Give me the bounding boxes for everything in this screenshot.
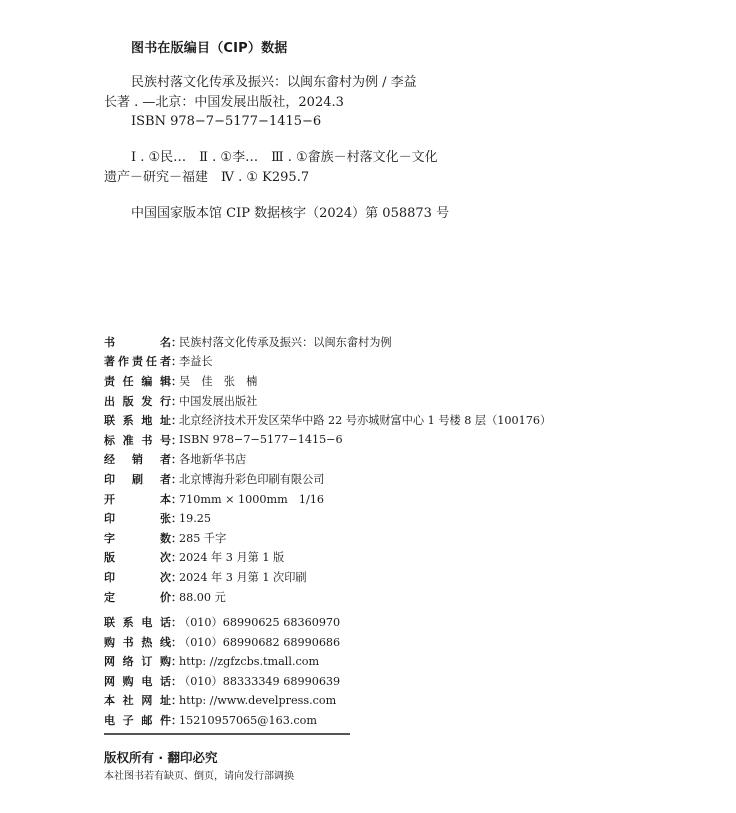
cip-line-4: Ⅰ . ①民… Ⅱ . ①李… Ⅲ . ①畲族－村落文化－文化 xyxy=(131,149,438,167)
label-char: 著 xyxy=(104,353,115,369)
contacts-row: 网购电话：（010）88333349 68990639 xyxy=(104,671,551,691)
details-row: 责任编辑：吴 佳 张 楠 xyxy=(104,371,551,391)
details-label: 书名 xyxy=(104,334,171,350)
label-char: 订 xyxy=(141,653,152,669)
divider-rule xyxy=(104,733,350,735)
label-char: 印 xyxy=(104,510,115,526)
colon: ： xyxy=(171,412,179,428)
cip-line-1: 民族村落文化传承及振兴：以闽东畲村为例 / 李益 xyxy=(131,74,417,92)
colon: ： xyxy=(171,569,179,585)
contacts-value: （010）68990625 68360970 xyxy=(179,614,340,630)
label-char: 准 xyxy=(123,432,134,448)
label-char: 版 xyxy=(123,393,134,409)
details-row: 著作责任者：李益长 xyxy=(104,352,551,372)
details-value: 吴 佳 张 楠 xyxy=(179,373,257,389)
cip-title: 图书在版编目（CIP）数据 xyxy=(131,37,288,56)
contacts-value: （010）68990682 68990686 xyxy=(179,634,340,650)
label-char: 网 xyxy=(104,653,115,669)
label-char: 件 xyxy=(160,712,171,728)
label-char: 版 xyxy=(104,549,115,565)
label-char: 者 xyxy=(160,353,171,369)
contacts-label: 购书热线 xyxy=(104,634,171,650)
colon: ： xyxy=(171,653,179,669)
label-char: 书 xyxy=(141,432,152,448)
colon: ： xyxy=(171,692,179,708)
details-value: 88.00 元 xyxy=(179,589,226,605)
label-char: 印 xyxy=(104,569,115,585)
label-char: 标 xyxy=(104,432,115,448)
label-char: 联 xyxy=(104,614,115,630)
details-row: 标准书号：ISBN 978−7−5177−1415−6 xyxy=(104,430,551,450)
contacts-row: 联系电话：（010）68990625 68360970 xyxy=(104,612,551,632)
details-value: 285 千字 xyxy=(179,530,226,546)
label-char: 者 xyxy=(160,451,171,467)
details-label: 经销者 xyxy=(104,451,171,467)
label-char: 系 xyxy=(123,614,134,630)
label-char: 印 xyxy=(104,471,115,487)
details-label: 标准书号 xyxy=(104,432,171,448)
details-row: 版次：2024 年 3 月第 1 版 xyxy=(104,548,551,568)
colon: ： xyxy=(171,673,179,689)
details-label: 著作责任者 xyxy=(104,353,171,369)
details-value: 北京经济技术开发区荣华中路 22 号亦城财富中心 1 号楼 8 层（100176… xyxy=(179,412,551,428)
contacts-row: 购书热线：（010）68990682 68990686 xyxy=(104,632,551,652)
colon: ： xyxy=(171,432,179,448)
label-char: 次 xyxy=(160,569,171,585)
details-row: 开本：710mm × 1000mm 1/16 xyxy=(104,489,551,509)
cip-line-2: 长著 . —北京：中国发展出版社，2024.3 xyxy=(104,94,344,112)
label-char: 网 xyxy=(141,692,152,708)
colon: ： xyxy=(171,451,179,467)
contacts-label: 网购电话 xyxy=(104,673,171,689)
label-char: 联 xyxy=(104,412,115,428)
label-char: 系 xyxy=(123,412,134,428)
label-char: 书 xyxy=(104,334,115,350)
label-char: 本 xyxy=(104,692,115,708)
details-value: 中国发展出版社 xyxy=(179,393,257,409)
contacts-label: 电子邮件 xyxy=(104,712,171,728)
label-char: 行 xyxy=(160,393,171,409)
details-label: 联系地址 xyxy=(104,412,171,428)
label-char: 责 xyxy=(104,373,115,389)
cip-line-5: 遗产－研究－福建 Ⅳ . ① K295.7 xyxy=(104,169,309,187)
label-char: 电 xyxy=(141,673,152,689)
details-row: 字数：285 千字 xyxy=(104,528,551,548)
details-value: 李益长 xyxy=(179,353,213,369)
details-value: 2024 年 3 月第 1 次印刷 xyxy=(179,569,307,585)
details-value: 北京博海升彩色印刷有限公司 xyxy=(179,471,324,487)
label-char: 址 xyxy=(160,692,171,708)
colon: ： xyxy=(171,471,179,487)
label-char: 销 xyxy=(132,451,143,467)
label-char: 线 xyxy=(160,634,171,650)
label-char: 出 xyxy=(104,393,115,409)
label-char: 价 xyxy=(160,589,171,605)
details-row: 印刷者：北京博海升彩色印刷有限公司 xyxy=(104,469,551,489)
colon: ： xyxy=(171,634,179,650)
label-char: 地 xyxy=(141,412,152,428)
details-row: 书名：民族村落文化传承及振兴：以闽东畲村为例 xyxy=(104,332,551,352)
details-row: 定价：88.00 元 xyxy=(104,587,551,607)
label-char: 发 xyxy=(141,393,152,409)
details-row: 印张：19.25 xyxy=(104,508,551,528)
contacts-label: 联系电话 xyxy=(104,614,171,630)
details-row: 联系地址：北京经济技术开发区荣华中路 22 号亦城财富中心 1 号楼 8 层（1… xyxy=(104,410,551,430)
colon: ： xyxy=(171,353,179,369)
details-label: 开本 xyxy=(104,491,171,507)
details-label: 责任编辑 xyxy=(104,373,171,389)
label-char: 开 xyxy=(104,491,115,507)
label-char: 话 xyxy=(160,614,171,630)
contacts-value: http: //www.develpress.com xyxy=(179,694,336,707)
contacts-value: 15210957065@163.com xyxy=(179,714,317,727)
label-char: 辑 xyxy=(160,373,171,389)
label-char: 编 xyxy=(141,373,152,389)
colon: ： xyxy=(171,589,179,605)
label-char: 作 xyxy=(118,353,129,369)
contacts-row: 本社网址：http: //www.develpress.com xyxy=(104,691,551,711)
details-value: 2024 年 3 月第 1 版 xyxy=(179,549,284,565)
label-char: 本 xyxy=(160,491,171,507)
label-char: 社 xyxy=(123,692,134,708)
copyright-notice: 版权所有 · 翻印必究 xyxy=(104,748,217,766)
details-label: 印刷者 xyxy=(104,471,171,487)
label-char: 张 xyxy=(160,510,171,526)
details-label: 印次 xyxy=(104,569,171,585)
defect-notice: 本社图书若有缺页、倒页，请向发行部调换 xyxy=(104,767,294,782)
colon: ： xyxy=(171,334,179,350)
details-label: 出版发行 xyxy=(104,393,171,409)
label-char: 任 xyxy=(123,373,134,389)
label-char: 名 xyxy=(160,334,171,350)
contacts-label: 本社网址 xyxy=(104,692,171,708)
label-char: 购 xyxy=(123,673,134,689)
colon: ： xyxy=(171,712,179,728)
colon: ： xyxy=(171,373,179,389)
label-char: 热 xyxy=(141,634,152,650)
details-row: 印次：2024 年 3 月第 1 次印刷 xyxy=(104,567,551,587)
details-value: 19.25 xyxy=(179,512,211,525)
label-char: 任 xyxy=(146,353,157,369)
cip-line-3: ISBN 978−7−5177−1415−6 xyxy=(131,113,321,131)
colon: ： xyxy=(171,510,179,526)
contacts-row: 电子邮件：15210957065@163.com xyxy=(104,710,551,730)
details-label: 定价 xyxy=(104,589,171,605)
details-label: 印张 xyxy=(104,510,171,526)
colon: ： xyxy=(171,393,179,409)
details-value: 各地新华书店 xyxy=(179,451,246,467)
label-char: 者 xyxy=(160,471,171,487)
colon: ： xyxy=(171,549,179,565)
label-char: 号 xyxy=(160,432,171,448)
publication-details: 书名：民族村落文化传承及振兴：以闽东畲村为例著作责任者：李益长责任编辑：吴 佳 … xyxy=(104,332,551,730)
label-char: 责 xyxy=(132,353,143,369)
label-char: 字 xyxy=(104,530,115,546)
label-char: 经 xyxy=(104,451,115,467)
label-char: 络 xyxy=(123,653,134,669)
label-char: 子 xyxy=(123,712,134,728)
contacts-value: （010）88333349 68990639 xyxy=(179,673,340,689)
label-char: 电 xyxy=(141,614,152,630)
cip-line-6: 中国国家版本馆 CIP 数据核字（2024）第 058873 号 xyxy=(131,205,449,223)
label-char: 址 xyxy=(160,412,171,428)
label-char: 电 xyxy=(104,712,115,728)
label-char: 购 xyxy=(160,653,171,669)
details-row: 经销者：各地新华书店 xyxy=(104,450,551,470)
colon: ： xyxy=(171,530,179,546)
label-char: 购 xyxy=(104,634,115,650)
details-label: 字数 xyxy=(104,530,171,546)
colon: ： xyxy=(171,491,179,507)
label-char: 刷 xyxy=(132,471,143,487)
details-row: 出版发行：中国发展出版社 xyxy=(104,391,551,411)
details-value: 710mm × 1000mm 1/16 xyxy=(179,491,324,507)
contacts-value: http: //zgfzcbs.tmall.com xyxy=(179,655,319,668)
label-char: 邮 xyxy=(141,712,152,728)
label-char: 定 xyxy=(104,589,115,605)
contacts-label: 网络订购 xyxy=(104,653,171,669)
details-label: 版次 xyxy=(104,549,171,565)
details-value: 民族村落文化传承及振兴：以闽东畲村为例 xyxy=(179,334,392,350)
label-char: 书 xyxy=(123,634,134,650)
label-char: 话 xyxy=(160,673,171,689)
details-value: ISBN 978−7−5177−1415−6 xyxy=(179,433,343,446)
colon: ： xyxy=(171,614,179,630)
label-char: 次 xyxy=(160,549,171,565)
label-char: 数 xyxy=(160,530,171,546)
label-char: 网 xyxy=(104,673,115,689)
contacts-row: 网络订购：http: //zgfzcbs.tmall.com xyxy=(104,652,551,672)
